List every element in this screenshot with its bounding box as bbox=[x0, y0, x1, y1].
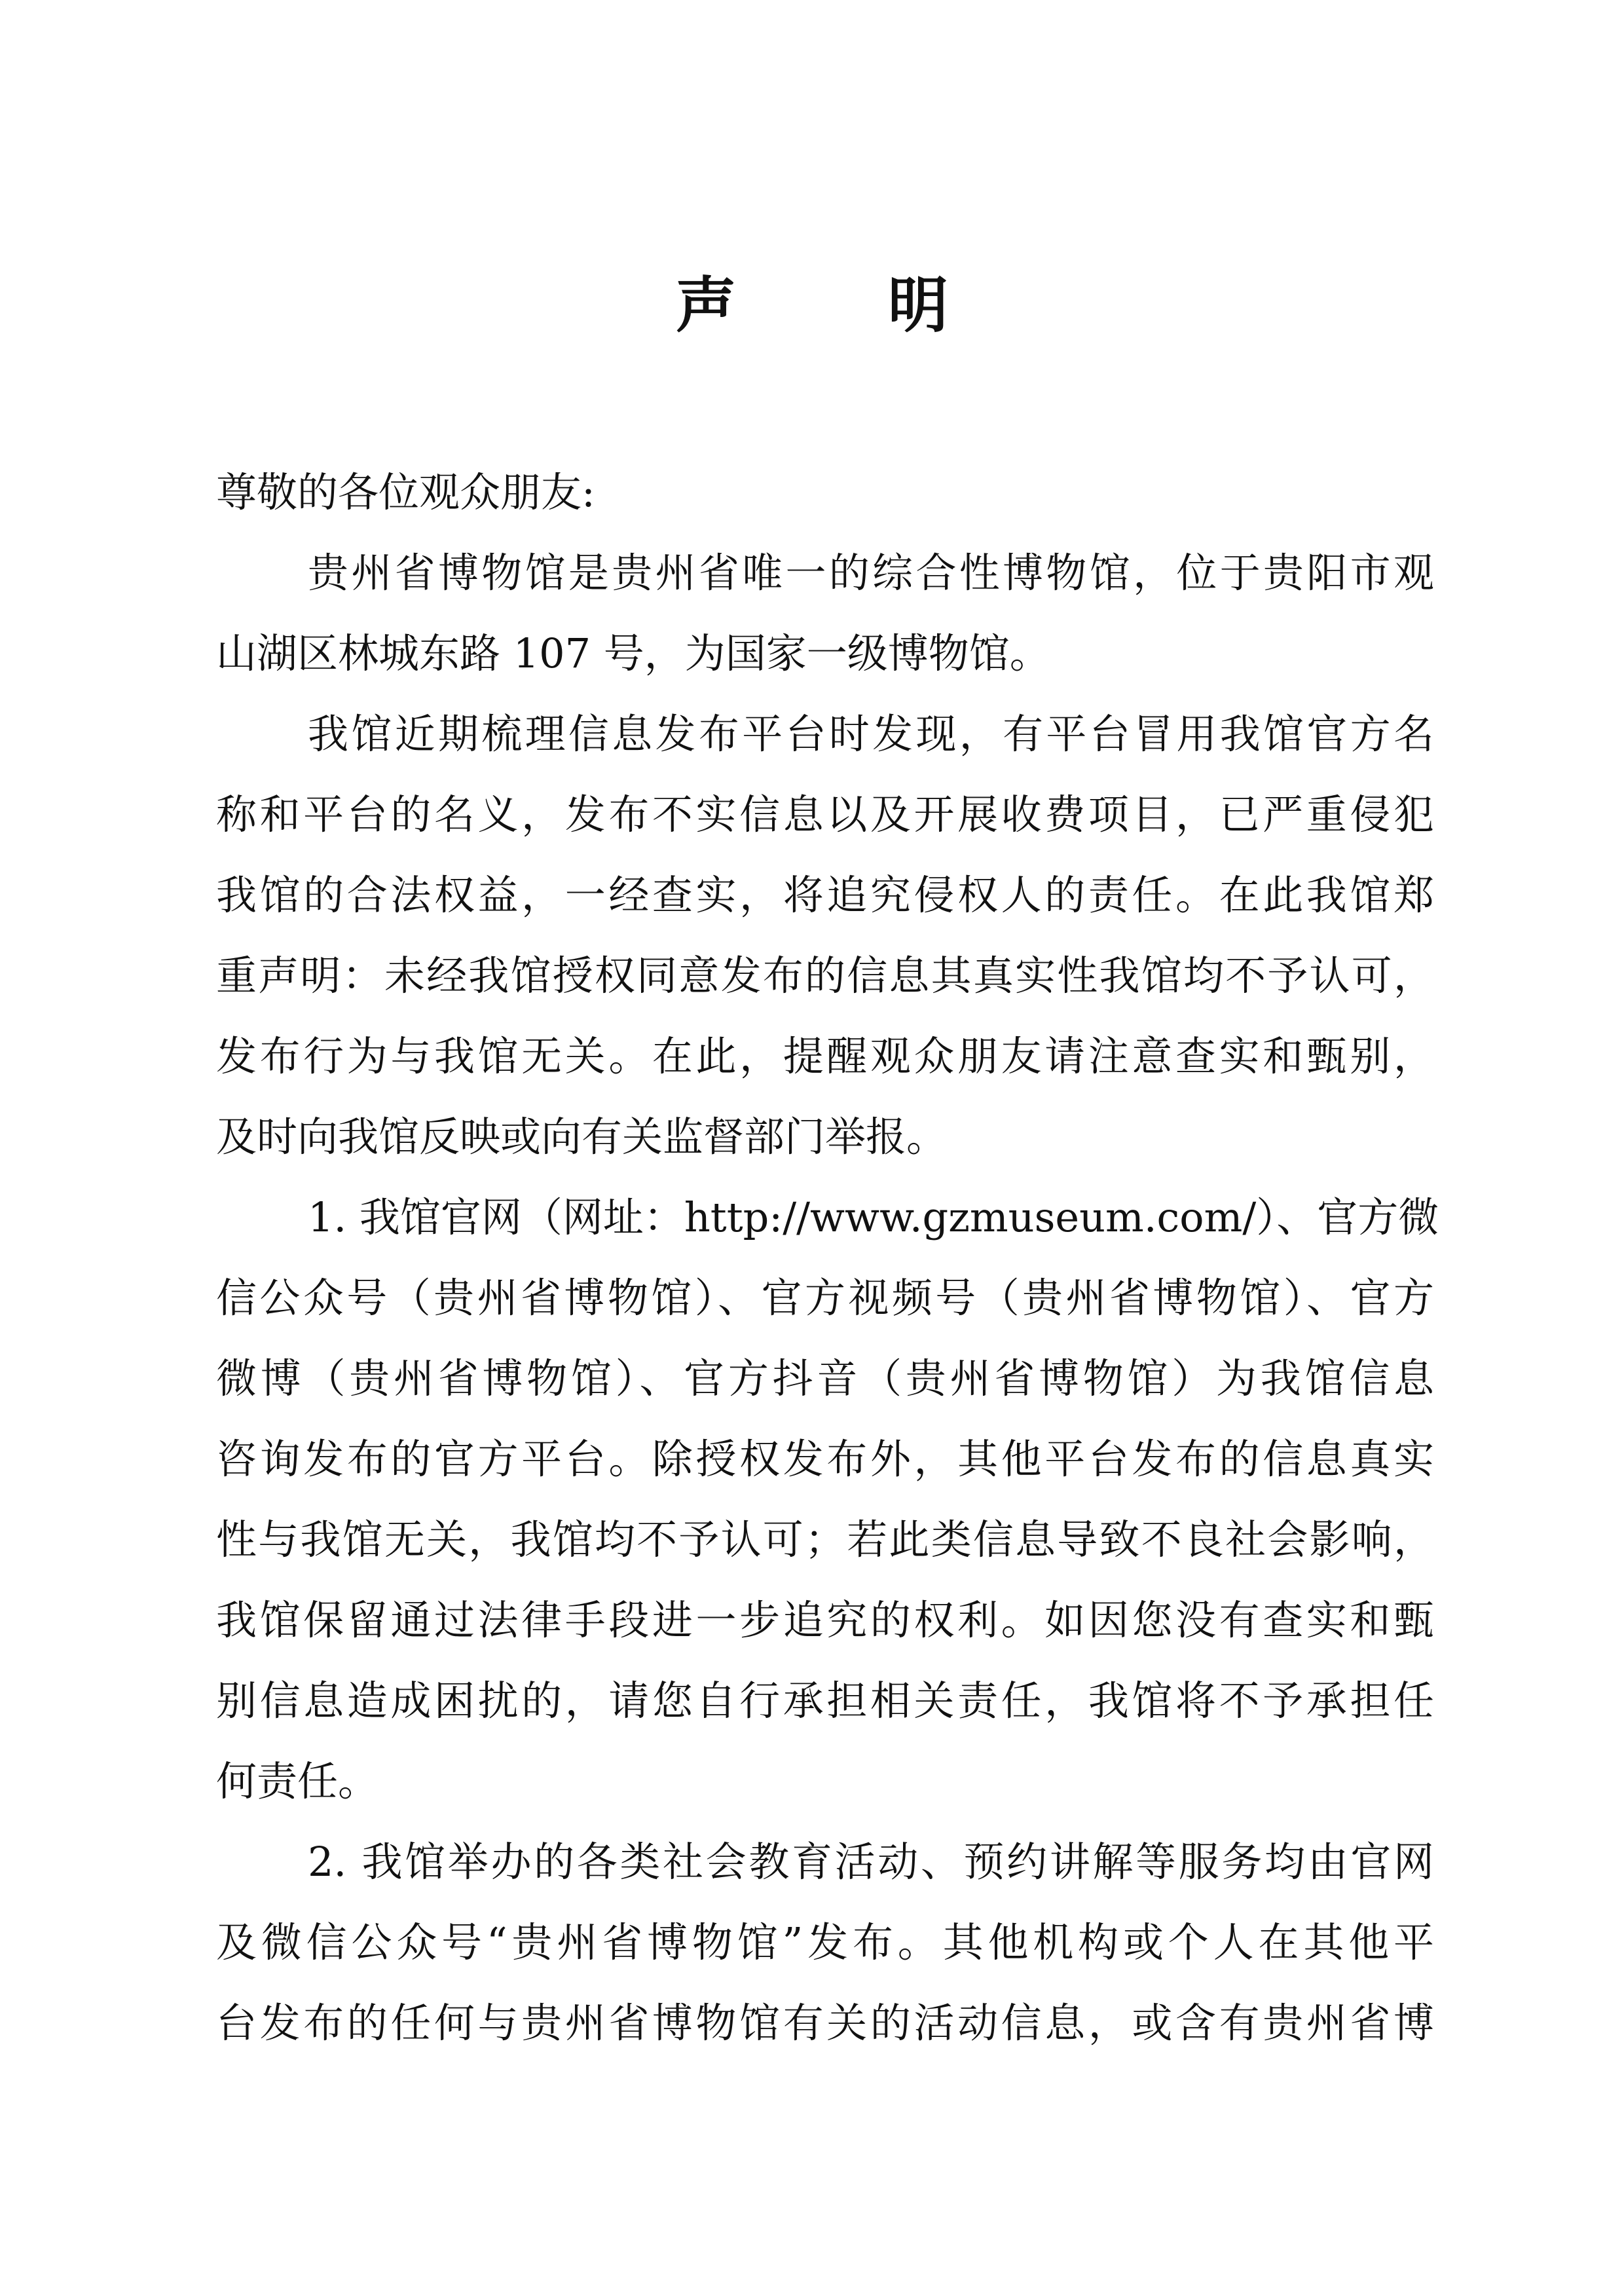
paragraph-line: 重声明：未经我馆授权同意发布的信息其真实性我馆均不予认可， bbox=[216, 935, 1434, 1016]
paragraph-intro: 贵州省博物馆是贵州省唯一的综合性博物馆，位于贵阳市观 山湖区林城东路 107 号… bbox=[216, 532, 1434, 694]
paragraph-line: 微博（贵州省博物馆）、官方抖音（贵州省博物馆）为我馆信息 bbox=[216, 1338, 1434, 1419]
paragraph-line: 及微信公众号“贵州省博物馆”发布。其他机构或个人在其他平 bbox=[216, 1902, 1434, 1983]
document-page: 声 明 尊敬的各位观众朋友: 贵州省博物馆是贵州省唯一的综合性博物馆，位于贵阳市… bbox=[0, 0, 1624, 2295]
paragraph-line: 信公众号（贵州省博物馆）、官方视频号（贵州省博物馆）、官方 bbox=[216, 1258, 1434, 1338]
paragraph-line: 发布行为与我馆无关。在此，提醒观众朋友请注意查实和甄别， bbox=[216, 1016, 1434, 1096]
paragraph-line: 山湖区林城东路 107 号，为国家一级博物馆。 bbox=[216, 613, 1434, 694]
document-body: 尊敬的各位观众朋友: 贵州省博物馆是贵州省唯一的综合性博物馆，位于贵阳市观 山湖… bbox=[216, 452, 1434, 2063]
paragraph-line: 及时向我馆反映或向有关监督部门举报。 bbox=[216, 1096, 1434, 1177]
paragraph-line: 2. 我馆举办的各类社会教育活动、预约讲解等服务均由官网 bbox=[216, 1821, 1434, 1902]
paragraph-line: 别信息造成困扰的，请您自行承担相关责任，我馆将不予承担任 bbox=[216, 1660, 1434, 1741]
paragraph-line-with-url: 1. 我馆官网（网址：http://www.gzmuseum.com/）、官方微 bbox=[216, 1177, 1434, 1258]
paragraph-line: 性与我馆无关，我馆均不予认可；若此类信息导致不良社会影响， bbox=[216, 1499, 1434, 1580]
paragraph-item-2: 2. 我馆举办的各类社会教育活动、预约讲解等服务均由官网 及微信公众号“贵州省博… bbox=[216, 1821, 1434, 2063]
document-title: 声 明 bbox=[0, 275, 1624, 335]
paragraph-line: 我馆的合法权益，一经查实，将追究侵权人的责任。在此我馆郑 bbox=[216, 855, 1434, 935]
salutation: 尊敬的各位观众朋友: bbox=[216, 452, 1434, 532]
paragraph-line: 我馆保留通过法律手段进一步追究的权利。如因您没有查实和甄 bbox=[216, 1580, 1434, 1660]
paragraph-line: 台发布的任何与贵州省博物馆有关的活动信息，或含有贵州省博 bbox=[216, 1983, 1434, 2063]
paragraph-line: 称和平台的名义，发布不实信息以及开展收费项目，已严重侵犯 bbox=[216, 774, 1434, 855]
paragraph-line: 我馆近期梳理信息发布平台时发现，有平台冒用我馆官方名 bbox=[216, 694, 1434, 774]
paragraph-item-1: 1. 我馆官网（网址：http://www.gzmuseum.com/）、官方微… bbox=[216, 1177, 1434, 1821]
paragraph-line: 何责任。 bbox=[216, 1741, 1434, 1821]
paragraph-line: 咨询发布的官方平台。除授权发布外，其他平台发布的信息真实 bbox=[216, 1419, 1434, 1499]
paragraph-statement: 我馆近期梳理信息发布平台时发现，有平台冒用我馆官方名 称和平台的名义，发布不实信… bbox=[216, 694, 1434, 1177]
paragraph-line: 贵州省博物馆是贵州省唯一的综合性博物馆，位于贵阳市观 bbox=[216, 532, 1434, 613]
